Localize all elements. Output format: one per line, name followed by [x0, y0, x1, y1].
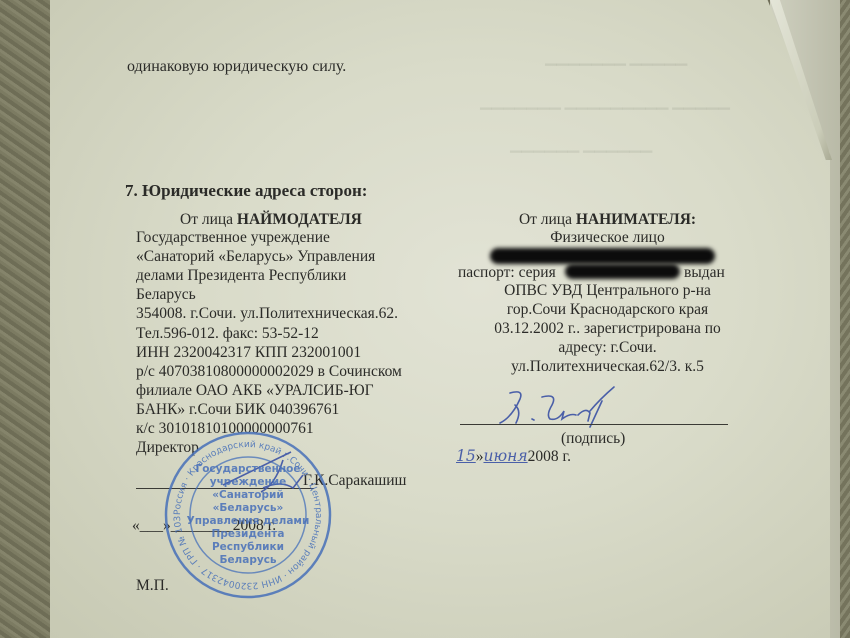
landlord-detail-line: «Санаторий «Беларусь» Управления: [136, 248, 375, 265]
bleed-through-text: ▁▁▁▁▁▁ ▁▁▁▁▁▁: [510, 135, 652, 154]
tenant-passport-prefix: паспорт: серия: [458, 264, 556, 281]
redaction-name: [490, 248, 715, 264]
stamp-line: Управления делами: [187, 515, 310, 528]
tenant-block: От лица НАНИМАТЕЛЯ: Физическое лицо: [455, 211, 760, 246]
landlord-heading: От лица НАЙМОДАТЕЛЯ: [180, 211, 362, 228]
landlord-detail-line: Государственное учреждение: [136, 229, 330, 246]
bleed-through-text: ▁▁▁▁▁▁▁ ▁▁▁▁▁▁▁▁▁ ▁▁▁▁▁: [480, 92, 730, 111]
landlord-heading-prefix: От лица: [180, 211, 237, 228]
tenant-type: Физическое лицо: [455, 229, 760, 246]
stamp-line: Государственное: [196, 463, 301, 476]
tenant-date-month: июня: [483, 447, 527, 465]
stamp-line: «Беларусь»: [213, 502, 284, 515]
tenant-detail-line: 03.12.2002 г.. зарегистрирована по: [455, 320, 760, 337]
tenant-detail-line: адресу: г.Сочи.: [455, 339, 760, 356]
tenant-date-year: 2008 г.: [528, 448, 571, 465]
tenant-heading-role: НАНИМАТЕЛЯ:: [576, 211, 696, 228]
stamp-line: учреждение: [210, 476, 286, 489]
tenant-detail-line: ул.Политехническая.62/3. к.5: [455, 358, 760, 375]
stamp-line: Республики: [212, 541, 284, 554]
landlord-detail-line: филиале ОАО АКБ «УРАЛСИБ-ЮГ: [136, 382, 374, 399]
tenant-passport-suffix: выдан: [684, 264, 725, 281]
landlord-detail-line: 354008. г.Сочи. ул.Политехническая.62.: [136, 305, 398, 322]
stamp-line: Беларусь: [219, 554, 276, 567]
landlord-detail-line: делами Президента Республики: [136, 267, 346, 284]
tenant-date-day: 15: [456, 447, 476, 465]
section-heading: 7. Юридические адреса сторон:: [125, 182, 367, 199]
tenant-heading: От лица НАНИМАТЕЛЯ:: [455, 211, 760, 228]
landlord-detail-line: БАНК» г.Сочи БИК 040396761: [136, 401, 339, 418]
official-stamp: Россия · Краснодарский край г.Сочи · Цен…: [163, 430, 333, 600]
stamp-line: «Санаторий: [212, 489, 283, 502]
tenant-details: ОПВС УВД Центрального р-нагор.Сочи Красн…: [455, 282, 760, 377]
tenant-signature-caption: (подпись): [561, 430, 625, 447]
tenant-detail-line: ОПВС УВД Центрального р-на: [455, 282, 760, 299]
landlord-detail-line: Беларусь: [136, 286, 196, 303]
landlord-detail-line: Тел.596-012. факс: 53-52-12: [136, 325, 319, 342]
stamp-line: Президента: [212, 528, 285, 541]
tenant-heading-prefix: От лица: [519, 211, 576, 228]
tenant-signature-line: [460, 424, 728, 425]
landlord-heading-role: НАЙМОДАТЕЛЯ: [237, 211, 362, 228]
stamp-center-text: Государственноеучреждение«Санаторий«Бела…: [163, 430, 333, 600]
redaction-passport: [565, 264, 680, 279]
landlord-detail-line: ИНН 2320042317 КПП 232001001: [136, 344, 361, 361]
tenant-detail-line: гор.Сочи Краснодарского края: [455, 301, 760, 318]
tenant-date: 15»июня2008 г.: [456, 448, 571, 465]
bleed-through-text: ▁▁▁▁▁▁▁ ▁▁▁▁▁: [545, 48, 687, 67]
intro-line: одинаковую юридическую силу.: [127, 58, 346, 75]
landlord-detail-line: р/с 40703810800000002029 в Сочинском: [136, 363, 402, 380]
